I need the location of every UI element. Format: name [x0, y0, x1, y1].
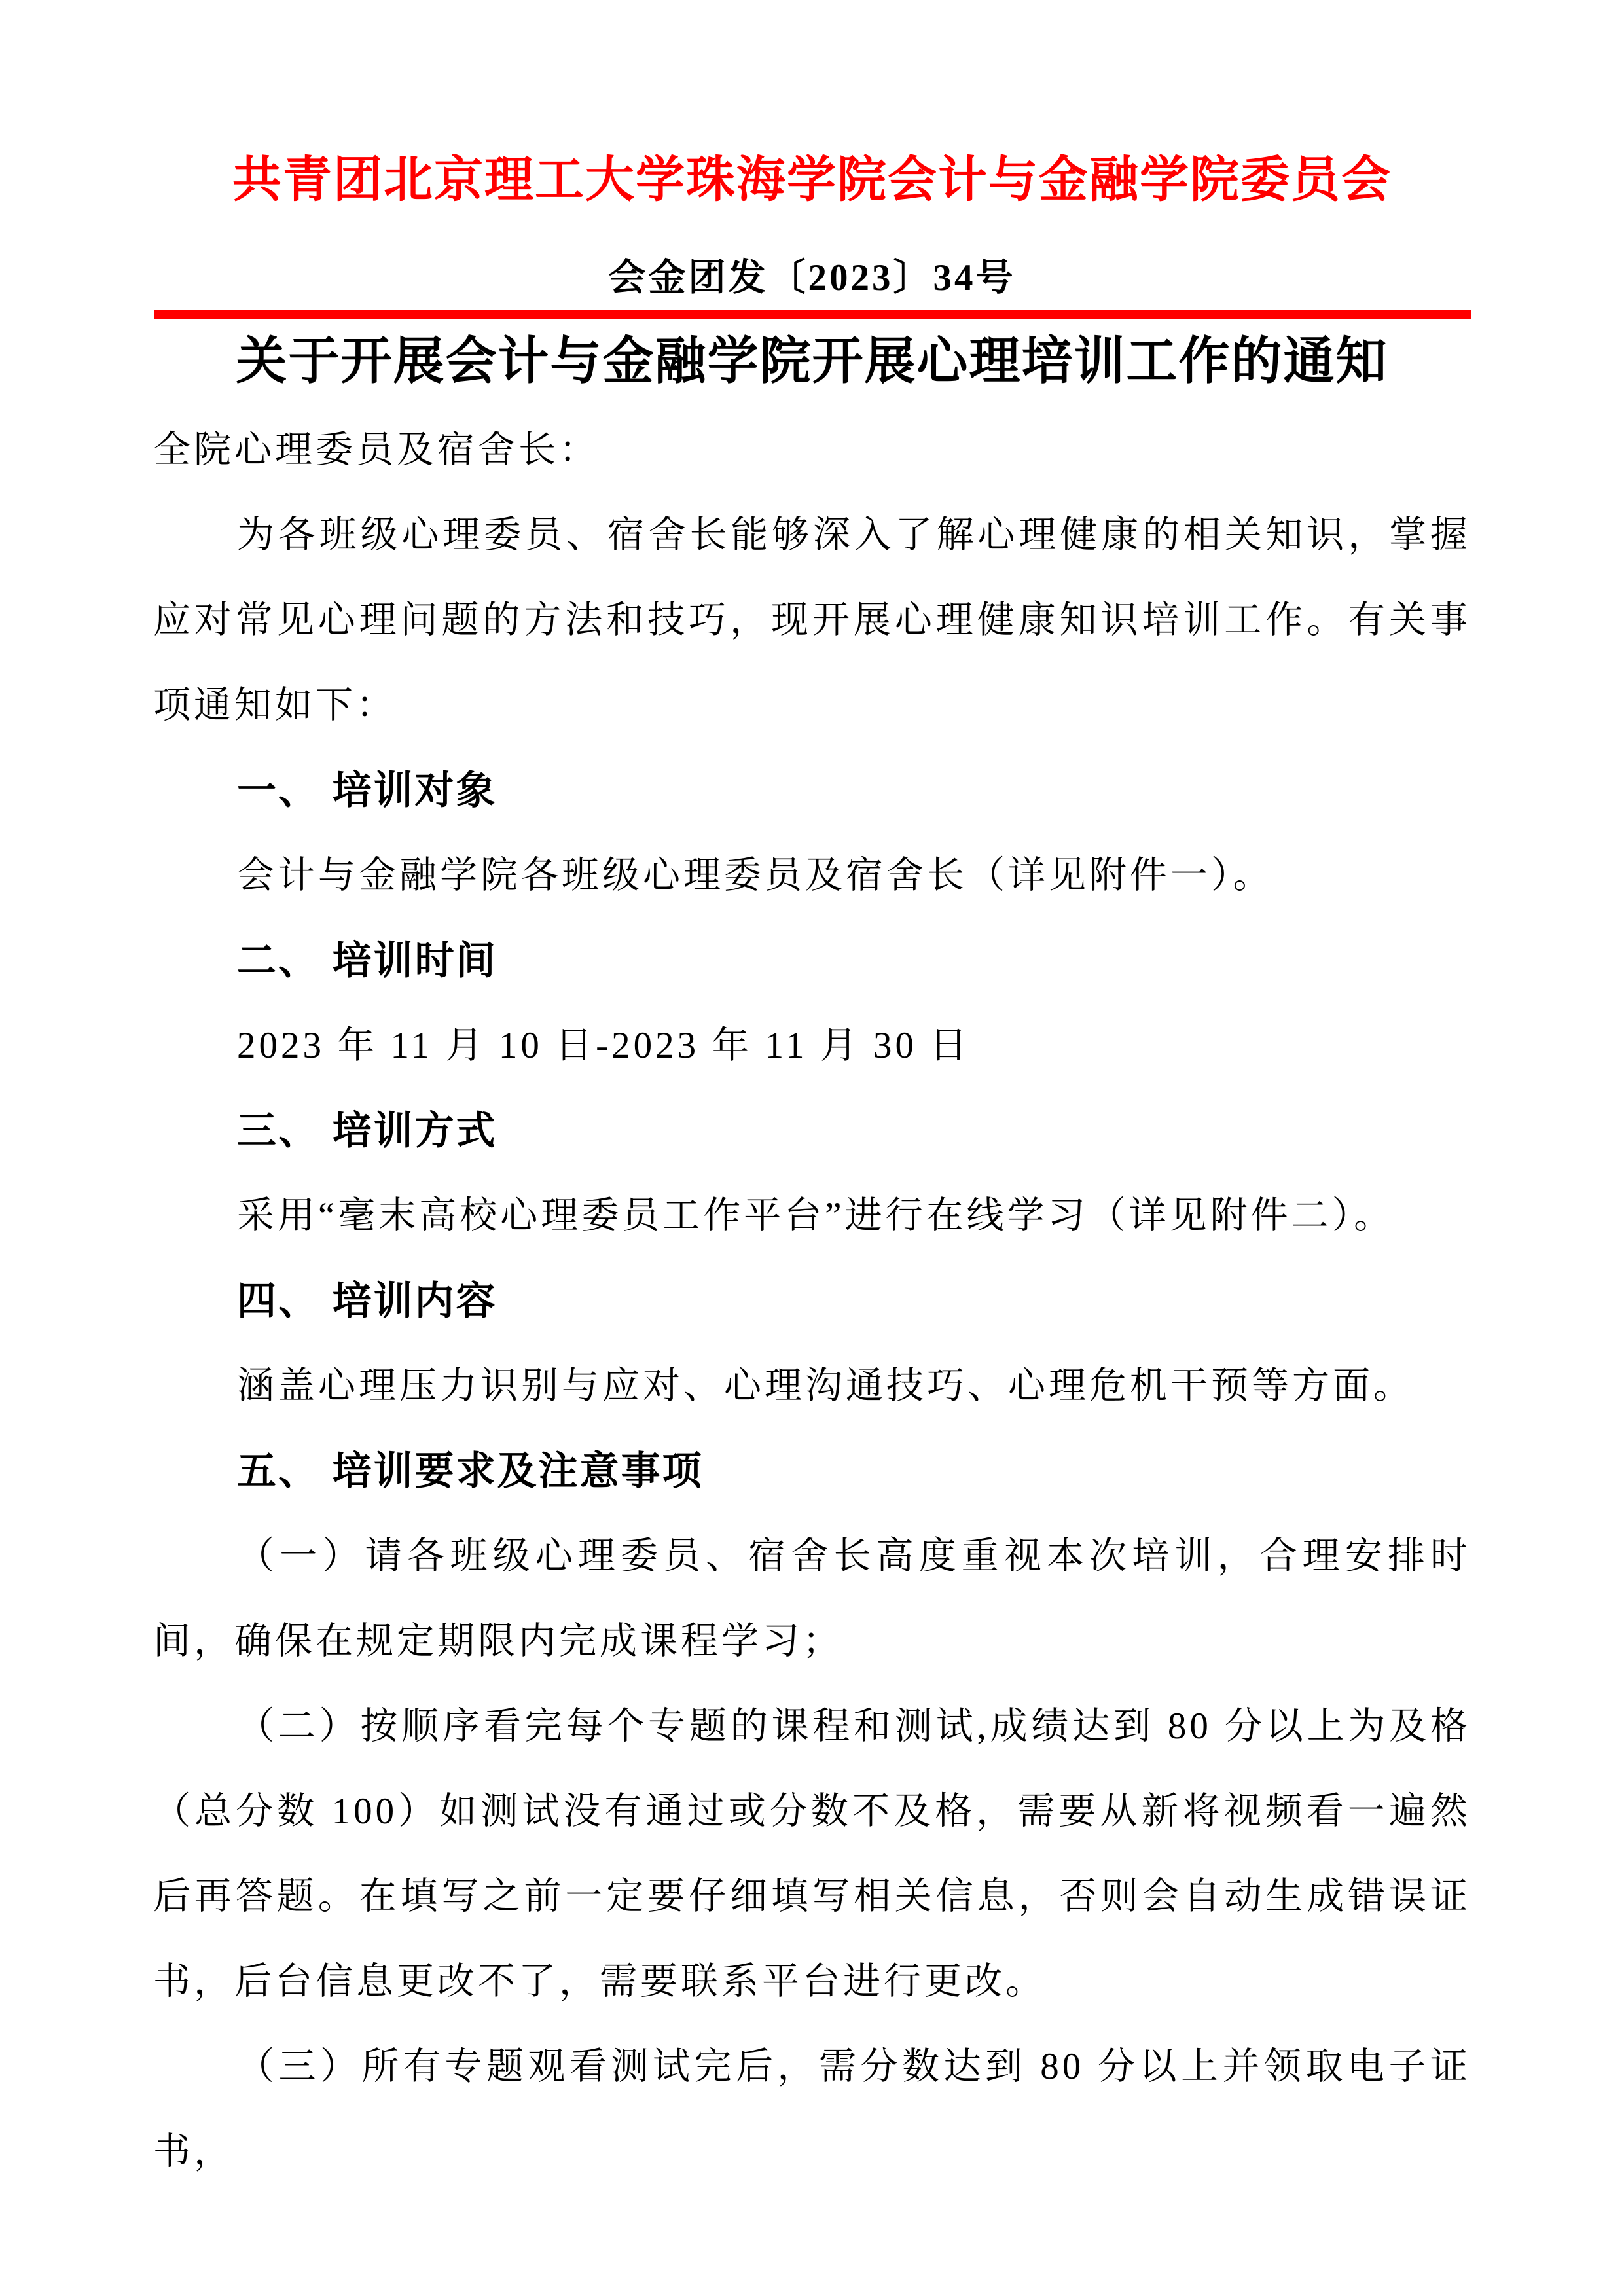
notice-title: 关于开展会计与金融学院开展心理培训工作的通知: [0, 325, 1624, 396]
requirements-item-3-paragraph: （三）所有专题观看测试完后，需分数达到 80 分以上并领取电子证书，: [153, 2024, 1471, 2195]
document-body: 全院心理委员及宿舍长： 为各班级心理委员、宿舍长能够深入了解心理健康的相关知识，…: [153, 408, 1471, 2195]
section-training-content-paragraph: 涵盖心理压力识别与应对、心理沟通技巧、心理危机干预等方面。: [153, 1344, 1471, 1429]
requirements-item-2-paragraph: （二）按顺序看完每个专题的课程和测试,成绩达到 80 分以上为及格（总分数 10…: [153, 1684, 1471, 2024]
document-number: 会金团发〔2023〕34号: [0, 250, 1624, 306]
requirements-item-1-paragraph: （一）请各班级心理委员、宿舍长高度重视本次培训，合理安排时间，确保在规定期限内完…: [153, 1514, 1471, 1684]
notice-document-page: 共青团北京理工大学珠海学院会计与金融学院委员会 会金团发〔2023〕34号 关于…: [0, 0, 1624, 2296]
issuing-organization-title: 共青团北京理工大学珠海学院会计与金融学院委员会: [0, 143, 1624, 216]
section-heading-training-content: 四、 培训内容: [153, 1259, 1471, 1344]
section-training-method-paragraph: 采用“毫末高校心理委员工作平台”进行在线学习（详见附件二）。: [153, 1174, 1471, 1259]
section-training-time-paragraph: 2023 年 11 月 10 日-2023 年 11 月 30 日: [153, 1003, 1471, 1088]
section-heading-training-method: 三、 培训方式: [153, 1088, 1471, 1174]
salutation-line: 全院心理委员及宿舍长：: [153, 408, 1471, 493]
section-training-target-paragraph: 会计与金融学院各班级心理委员及宿舍长（详见附件一）。: [153, 833, 1471, 918]
section-heading-training-time: 二、 培训时间: [153, 918, 1471, 1003]
document-header: 共青团北京理工大学珠海学院会计与金融学院委员会 会金团发〔2023〕34号 关于…: [0, 0, 1624, 396]
section-heading-training-requirements: 五、 培训要求及注意事项: [153, 1429, 1471, 1514]
red-divider-line: [154, 310, 1471, 319]
section-heading-training-target: 一、 培训对象: [153, 748, 1471, 833]
intro-paragraph: 为各班级心理委员、宿舍长能够深入了解心理健康的相关知识，掌握应对常见心理问题的方…: [153, 493, 1471, 748]
